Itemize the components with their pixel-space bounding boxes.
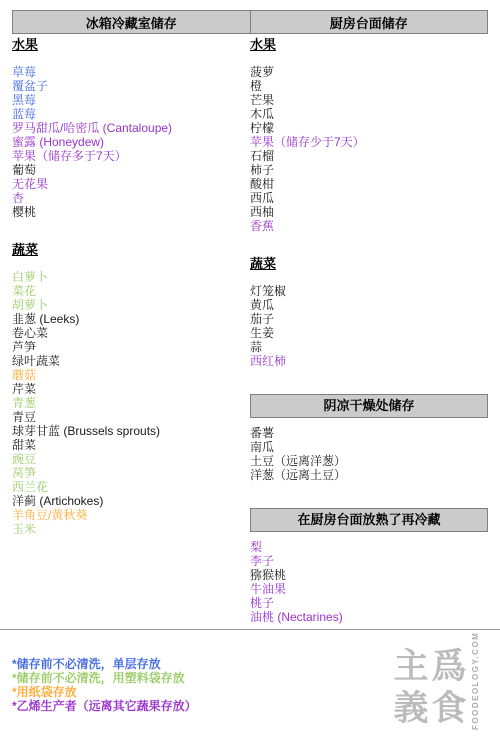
list-item: 茄子 — [250, 312, 488, 326]
footnotes-list: *储存前不必清洗，单层存放*储存前不必清洗，用塑料袋存放*用纸袋存放*乙烯生产者… — [12, 657, 197, 713]
list-item: 蓝莓 — [12, 107, 246, 121]
list-item: 樱桃 — [12, 205, 246, 219]
list-item: 杏 — [12, 191, 246, 205]
list-item: 酸柑 — [250, 177, 488, 191]
list-item: 覆盆子 — [12, 79, 246, 93]
list-item: 莴笋 — [12, 466, 246, 480]
list-item: 豌豆 — [12, 452, 246, 466]
cool-dry-list: 番薯南瓜土豆（远离洋葱）洋葱（远离土豆） — [250, 426, 488, 482]
list-item: 石榴 — [250, 149, 488, 163]
list-item: 梨 — [250, 540, 488, 554]
header-fridge-storage-label: 冰箱冷藏室储存 — [86, 13, 177, 32]
fridge-fruits-title: 水果 — [12, 38, 246, 52]
list-item: 西瓜 — [250, 191, 488, 205]
list-item: 苹果（储存少于7天） — [250, 135, 488, 149]
list-item: 苹果（储存多于7天） — [12, 149, 246, 163]
list-item: 玉米 — [12, 522, 246, 536]
list-item: 白萝卜 — [12, 270, 246, 284]
logo-char: 食 — [430, 688, 468, 730]
list-item: 柠檬 — [250, 121, 488, 135]
list-item: 香蕉 — [250, 219, 488, 233]
fridge-vegetables-title: 蔬菜 — [12, 243, 246, 257]
list-item: 绿叶蔬菜 — [12, 354, 246, 368]
list-item: 柿子 — [250, 163, 488, 177]
list-item: 芒果 — [250, 93, 488, 107]
footnote: *乙烯生产者（远离其它蔬果存放） — [12, 699, 197, 713]
list-item: 橙 — [250, 79, 488, 93]
list-item: 胡萝卜 — [12, 298, 246, 312]
food-storage-infographic: 冰箱冷藏室储存 厨房台面储存 水果 草莓覆盆子黑莓蓝莓罗马甜瓜/哈密瓜 (Can… — [0, 0, 500, 743]
fridge-vegetables-list: 白萝卜菜花胡萝卜韭葱 (Leeks)卷心菜芦笋绿叶蔬菜蘑菇芹菜青葱青豆球芽甘蓝 … — [12, 270, 246, 536]
list-item: 罗马甜瓜/哈密瓜 (Cantaloupe) — [12, 121, 246, 135]
list-item: 卷心菜 — [12, 326, 246, 340]
list-item: 西柚 — [250, 205, 488, 219]
list-item: 青豆 — [12, 410, 246, 424]
list-item: 黄瓜 — [250, 298, 488, 312]
logo-char: 義 — [392, 688, 430, 730]
foodeology-logo: 主 爲 義 食 FOODEOLOGY.COM — [392, 646, 480, 730]
list-item: 南瓜 — [250, 440, 488, 454]
list-item: 菜花 — [12, 284, 246, 298]
logo-seal-characters: 主 爲 義 食 — [392, 646, 468, 730]
list-item: 蒜 — [250, 340, 488, 354]
list-item: 羊角豆/黄秋葵 — [12, 508, 246, 522]
fridge-column: 水果 草莓覆盆子黑莓蓝莓罗马甜瓜/哈密瓜 (Cantaloupe)蜜露 (Hon… — [12, 38, 246, 536]
footnote: *储存前不必清洗，单层存放 — [12, 657, 197, 671]
list-item: 油桃 (Nectarines) — [250, 610, 488, 624]
list-item: 黑莓 — [12, 93, 246, 107]
list-item: 草莓 — [12, 65, 246, 79]
counter-vegetables-title: 蔬菜 — [250, 257, 488, 271]
counter-column: 水果 菠萝橙芒果木瓜柠檬苹果（储存少于7天）石榴柿子酸柑西瓜西柚香蕉 蔬菜 灯笼… — [250, 38, 488, 624]
counter-fruits-list: 菠萝橙芒果木瓜柠檬苹果（储存少于7天）石榴柿子酸柑西瓜西柚香蕉 — [250, 65, 488, 233]
list-item: 芹菜 — [12, 382, 246, 396]
header-counter-storage-label: 厨房台面储存 — [330, 13, 408, 32]
list-item: 番薯 — [250, 426, 488, 440]
header-fridge-storage: 冰箱冷藏室储存 — [12, 10, 251, 34]
ripen-then-refrigerate-list: 梨李子猕猴桃牛油果桃子油桃 (Nectarines) — [250, 540, 488, 624]
list-item: 韭葱 (Leeks) — [12, 312, 246, 326]
list-item: 蘑菇 — [12, 368, 246, 382]
footnote: *储存前不必清洗，用塑料袋存放 — [12, 671, 197, 685]
footer-divider — [0, 629, 500, 630]
list-item: 生姜 — [250, 326, 488, 340]
logo-site-text: FOODEOLOGY.COM — [471, 646, 480, 730]
list-item: 西兰花 — [12, 480, 246, 494]
list-item: 木瓜 — [250, 107, 488, 121]
list-item: 桃子 — [250, 596, 488, 610]
list-item: 灯笼椒 — [250, 284, 488, 298]
footnote: *用纸袋存放 — [12, 685, 197, 699]
list-item: 土豆（远离洋葱） — [250, 454, 488, 468]
list-item: 李子 — [250, 554, 488, 568]
list-item: 芦笋 — [12, 340, 246, 354]
list-item: 蜜露 (Honeydew) — [12, 135, 246, 149]
header-ripen-then-refrigerate: 在厨房台面放熟了再冷藏 — [250, 508, 488, 532]
list-item: 西红柿 — [250, 354, 488, 368]
header-cool-dry-storage: 阴凉干燥处储存 — [250, 394, 488, 418]
logo-char: 爲 — [430, 646, 468, 688]
column-headers: 冰箱冷藏室储存 厨房台面储存 — [12, 10, 488, 34]
logo-char: 主 — [392, 646, 430, 688]
header-counter-storage: 厨房台面储存 — [251, 10, 489, 34]
list-item: 牛油果 — [250, 582, 488, 596]
list-item: 葡萄 — [12, 163, 246, 177]
list-item: 猕猴桃 — [250, 568, 488, 582]
counter-fruits-title: 水果 — [250, 38, 488, 52]
list-item: 洋蓟 (Artichokes) — [12, 494, 246, 508]
counter-vegetables-list: 灯笼椒黄瓜茄子生姜蒜西红柿 — [250, 284, 488, 368]
list-item: 洋葱（远离土豆） — [250, 468, 488, 482]
list-item: 球芽甘蓝 (Brussels sprouts) — [12, 424, 246, 438]
fridge-fruits-list: 草莓覆盆子黑莓蓝莓罗马甜瓜/哈密瓜 (Cantaloupe)蜜露 (Honeyd… — [12, 65, 246, 219]
list-item: 甜菜 — [12, 438, 246, 452]
list-item: 青葱 — [12, 396, 246, 410]
list-item: 无花果 — [12, 177, 246, 191]
list-item: 菠萝 — [250, 65, 488, 79]
